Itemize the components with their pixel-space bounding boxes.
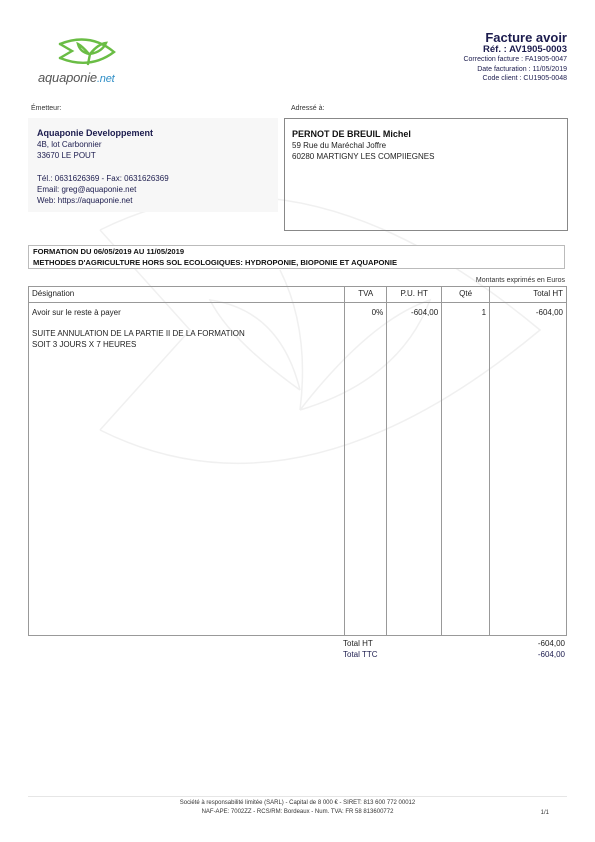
correction-invoice: Correction facture : FA1905-0047 xyxy=(463,56,567,63)
emitter-label: Émetteur: xyxy=(31,105,61,112)
recipient-label: Adressé à: xyxy=(291,105,324,112)
total-ttc-label: Total TTC xyxy=(343,650,378,659)
col-designation: Désignation xyxy=(29,287,345,303)
emitter-name: Aquaponie Developpement xyxy=(37,128,153,138)
total-ttc-value: -604,00 xyxy=(538,650,565,659)
recipient-box: PERNOT DE BREUIL Michel 59 Rue du Maréch… xyxy=(284,118,568,231)
table-header-row: Désignation TVA P.U. HT Qté Total HT xyxy=(29,287,567,303)
footer-legal-2: NAF-APE: 7002ZZ - RCS/RM: Bordeaux - Num… xyxy=(0,809,595,815)
emitter-box: Aquaponie Developpement 4B, lot Carbonni… xyxy=(28,118,278,212)
invoice-subject: FORMATION DU 06/05/2019 AU 11/05/2019 ME… xyxy=(28,245,565,269)
cell-tva: 0% xyxy=(345,303,387,636)
footer-legal-1: Société à responsabilité limitée (SARL) … xyxy=(0,800,595,806)
emitter-phone: Tél.: 0631626369 - Fax: 0631626369 xyxy=(37,173,169,184)
document-reference: Réf. : AV1905-0003 xyxy=(483,44,567,55)
total-ttc-row: Total TTC -604,00 xyxy=(343,650,565,659)
line-description-1: SUITE ANNULATION DE LA PARTIE II DE LA F… xyxy=(32,328,341,339)
currency-note: Montants exprimés en Euros xyxy=(476,277,565,284)
emitter-web[interactable]: Web: https://aquaponie.net xyxy=(37,195,132,206)
subject-line2: METHODES D'AGRICULTURE HORS SOL ECOLOGIQ… xyxy=(33,258,560,269)
cell-total-ht: -604,00 xyxy=(490,303,567,636)
logo-wordmark: aquaponie.net xyxy=(38,70,115,85)
subject-line1: FORMATION DU 06/05/2019 AU 11/05/2019 xyxy=(33,247,560,258)
cell-qty: 1 xyxy=(442,303,490,636)
col-total-ht: Total HT xyxy=(490,287,567,303)
line-description-2: SOIT 3 JOURS X 7 HEURES xyxy=(32,339,341,350)
emitter-address2: 33670 LE POUT xyxy=(37,150,96,161)
footer-divider xyxy=(28,796,567,797)
col-pu-ht: P.U. HT xyxy=(387,287,442,303)
total-ht-label: Total HT xyxy=(343,639,373,648)
document-title: Facture avoir xyxy=(485,30,567,45)
line-designation: Avoir sur le reste à payer xyxy=(32,308,341,317)
table-row: Avoir sur le reste à payer SUITE ANNULAT… xyxy=(29,303,567,636)
col-tva: TVA xyxy=(345,287,387,303)
recipient-address2: 60280 MARTIGNY LES COMPIIEGNES xyxy=(292,151,434,162)
emitter-email[interactable]: Email: greg@aquaponie.net xyxy=(37,184,136,195)
recipient-address1: 59 Rue du Maréchal Joffre xyxy=(292,140,386,151)
cell-designation: Avoir sur le reste à payer SUITE ANNULAT… xyxy=(29,303,345,636)
emitter-address1: 4B, lot Carbonnier xyxy=(37,139,101,150)
col-qty: Qté xyxy=(442,287,490,303)
total-ht-row: Total HT -604,00 xyxy=(343,639,565,648)
page-number: 1/1 xyxy=(541,810,549,816)
recipient-name: PERNOT DE BREUIL Michel xyxy=(292,129,411,139)
cell-pu-ht: -604,00 xyxy=(387,303,442,636)
logo-tld-text: .net xyxy=(97,73,115,85)
invoice-date: Date facturation : 11/05/2019 xyxy=(477,66,567,73)
logo-brand-text: aquaponie xyxy=(38,70,97,85)
invoice-lines-table: Désignation TVA P.U. HT Qté Total HT Avo… xyxy=(28,286,567,636)
client-code: Code client : CU1905-0048 xyxy=(483,75,567,82)
total-ht-value: -604,00 xyxy=(538,639,565,648)
